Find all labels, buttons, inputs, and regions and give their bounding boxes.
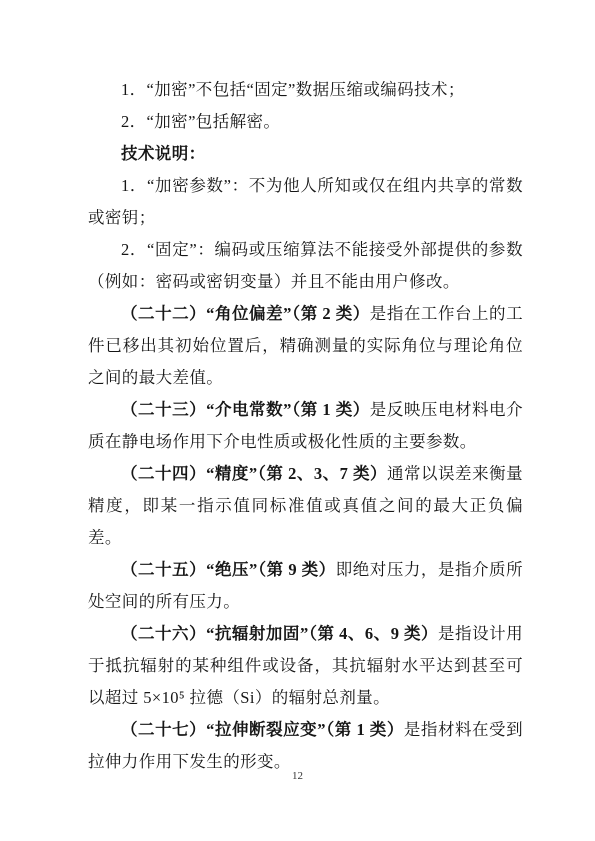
- tech-note-encryption-parameter: 1．“加密参数”：不为他人所知或仅在组内共享的常数或密钥；: [88, 170, 523, 234]
- note-body: 1．“加密参数”：不为他人所知或仅在组内共享的常数或密钥；: [88, 176, 523, 227]
- definition-22-angular-deviation: （二十二）“角位偏差”（第 2 类）是指在工作台上的工件已移出其初始位置后，精确…: [88, 298, 523, 394]
- note-encryption-inclusion: 2．“加密”包括解密。: [88, 106, 523, 138]
- definition-term: （二十四）“精度”（第 2、3、7 类）: [121, 464, 387, 483]
- definition-23-dielectric-constant: （二十三）“介电常数”（第 1 类）是反映压电材料电介质在静电场作用下介电性质或…: [88, 394, 523, 458]
- document-page: 1．“加密”不包括“固定”数据压缩或编码技术； 2．“加密”包括解密。 技术说明…: [0, 0, 595, 841]
- note-encryption-exclusion: 1．“加密”不包括“固定”数据压缩或编码技术；: [88, 74, 523, 106]
- definition-term: （二十六）“抗辐射加固”（第 4、6、9 类）: [121, 624, 438, 643]
- note-body: 2．“固定”：编码或压缩算法不能接受外部提供的参数（例如：密码或密钥变量）并且不…: [88, 240, 523, 291]
- heading-text: 技术说明：: [121, 144, 206, 163]
- note-body: 1．“加密”不包括“固定”数据压缩或编码技术；: [121, 80, 465, 99]
- page-number: 12: [0, 769, 595, 783]
- note-body: 2．“加密”包括解密。: [121, 112, 280, 131]
- definition-term: （二十七）“拉伸断裂应变”（第 1 类）: [121, 720, 404, 739]
- definition-24-accuracy: （二十四）“精度”（第 2、3、7 类）通常以误差来衡量精度，即某一指示值同标准…: [88, 458, 523, 554]
- tech-notes-heading: 技术说明：: [88, 138, 523, 170]
- definition-term: （二十二）“角位偏差”（第 2 类）: [121, 304, 370, 323]
- tech-note-fixed: 2．“固定”：编码或压缩算法不能接受外部提供的参数（例如：密码或密钥变量）并且不…: [88, 234, 523, 298]
- definition-25-absolute-pressure: （二十五）“绝压”（第 9 类）即绝对压力，是指介质所处空间的所有压力。: [88, 554, 523, 618]
- definition-term: （二十五）“绝压”（第 9 类）: [121, 560, 336, 579]
- definition-26-radiation-hardened: （二十六）“抗辐射加固”（第 4、6、9 类）是指设计用于抵抗辐射的某种组件或设…: [88, 618, 523, 714]
- definition-term: （二十三）“介电常数”（第 1 类）: [121, 400, 370, 419]
